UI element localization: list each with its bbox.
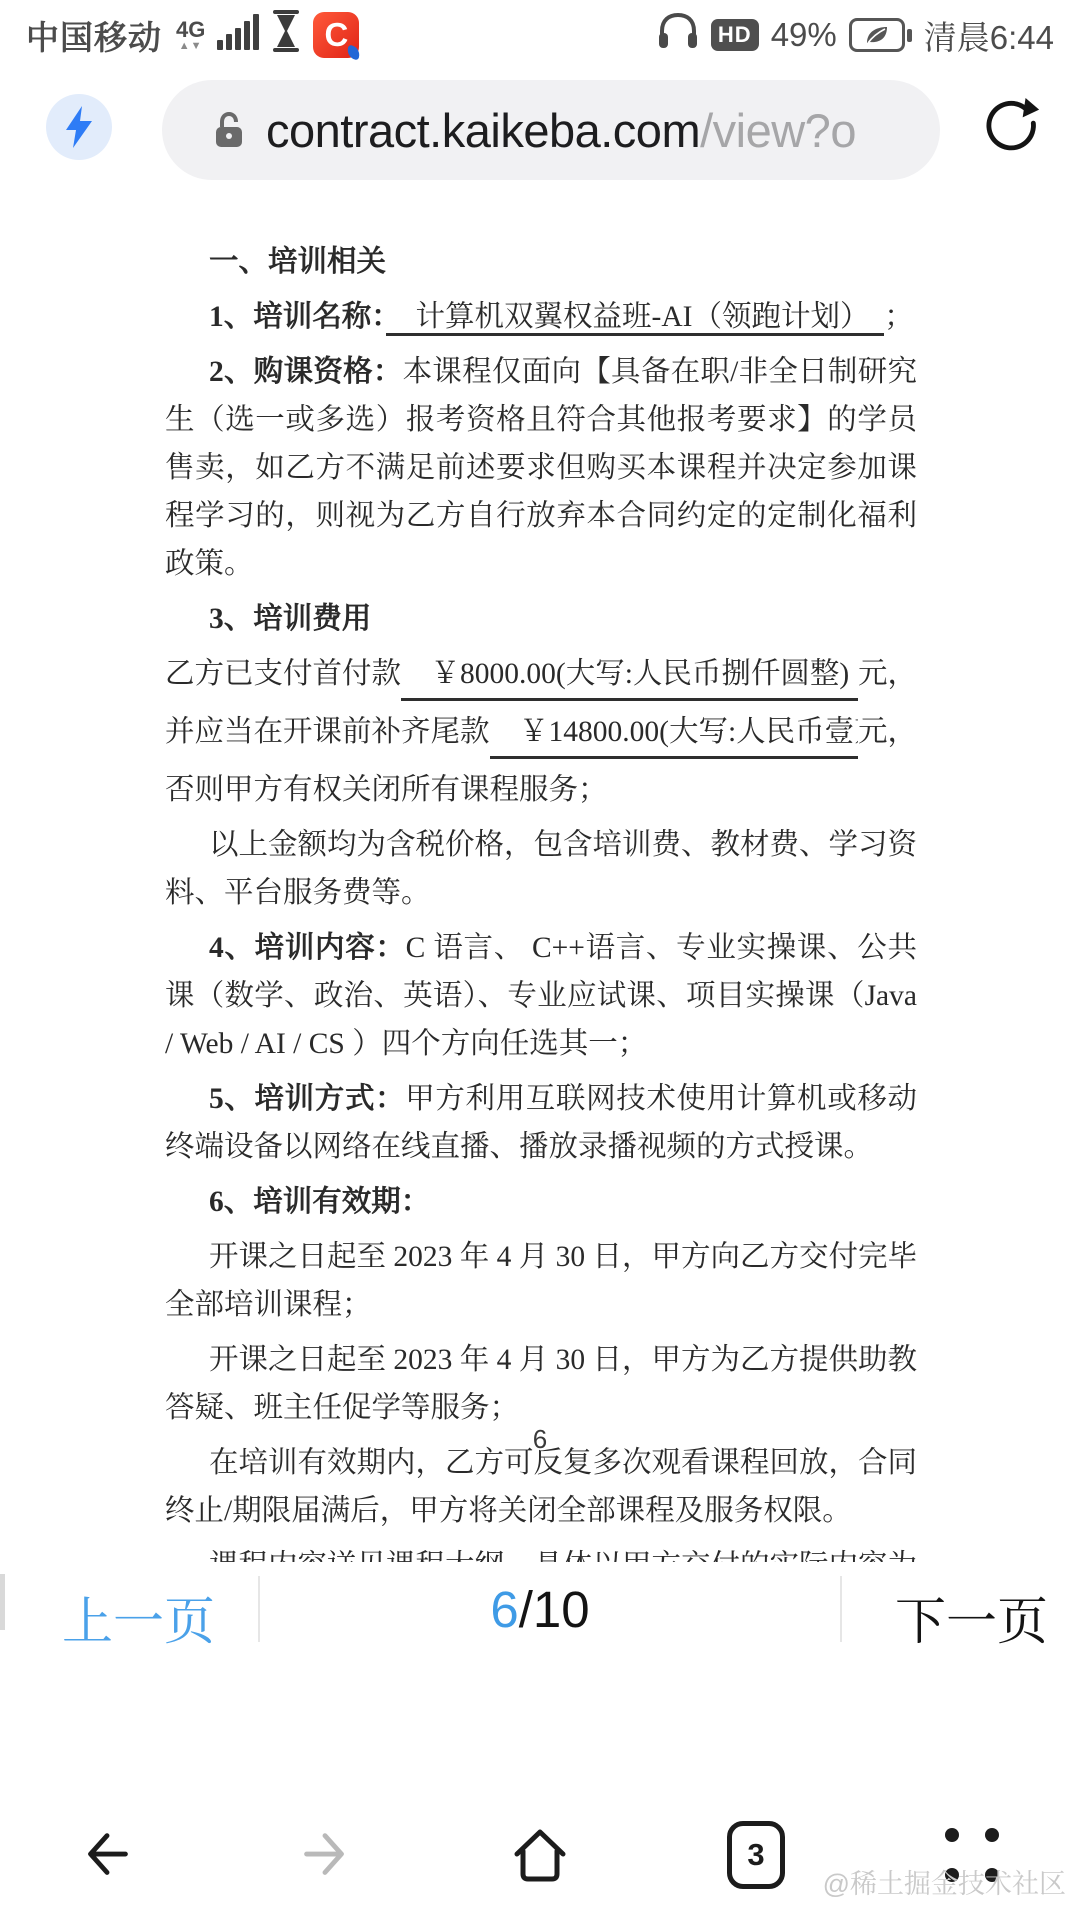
battery-leaf-icon xyxy=(849,18,912,52)
text-segment: 本课程仅面向【具备在职/非全日制研究生（选一或多选）报考资格且符合其他报考要求】… xyxy=(165,356,917,580)
refresh-icon xyxy=(981,96,1043,158)
lock-icon[interactable] xyxy=(214,111,244,149)
contract-paragraph: 一、培训相关 xyxy=(165,238,917,286)
next-page-button[interactable]: 下一页 xyxy=(895,1580,1048,1654)
contract-paragraph: 否则甲方有权关闭所有课程服务； xyxy=(165,766,917,814)
text-segment: 4、培训内容： xyxy=(209,932,406,964)
back-button[interactable] xyxy=(0,1790,216,1920)
clock-label: 清晨6:44 xyxy=(924,12,1054,59)
contract-paragraph: 1、培训名称： 计算机双翼权益班-AI（领跑计划） ； xyxy=(165,293,917,341)
text-segment: 元， xyxy=(858,650,917,698)
page-indicator: 6/10 xyxy=(490,1580,589,1639)
signal-icon xyxy=(217,12,259,58)
url-text: contract.kaikeba.com/view?o xyxy=(266,103,856,158)
text-segment: 6、培训有效期： xyxy=(209,1186,430,1218)
text-segment: 1、培训名称： xyxy=(209,301,386,333)
url-path: /view?o xyxy=(700,104,856,157)
document-page-number: 6 xyxy=(0,1424,1080,1455)
page-separator: / xyxy=(519,1581,533,1638)
edge-divider xyxy=(0,1574,5,1630)
home-icon xyxy=(507,1824,573,1886)
address-bar[interactable]: contract.kaikeba.com/view?o xyxy=(162,80,940,180)
hd-badge: HD xyxy=(711,19,759,51)
text-segment: ； xyxy=(884,301,914,333)
status-right-cluster: HD 49% 清晨6:44 xyxy=(657,11,1054,59)
network-type-icon: 4G ▲▼ xyxy=(176,19,205,52)
pagination-bar: 上一页 6/10 下一页 xyxy=(0,1562,1080,1666)
contract-paragraph: 5、培训方式：甲方利用互联网技术使用计算机或移动终端设备以网络在线直播、播放录播… xyxy=(165,1075,917,1171)
text-segment: 开课之日起至 2023 年 4 月 30 日，甲方为乙方提供助教答疑、班主任促学… xyxy=(165,1344,917,1424)
forward-button[interactable] xyxy=(216,1790,432,1920)
data-arrows-icon: ▲▼ xyxy=(179,41,203,52)
contract-paragraph: 并应当在开课前补齐尾款 ￥14800.00(大写:人民币壹万肆仟捌佰圆整)元， xyxy=(165,708,917,759)
home-button[interactable] xyxy=(432,1790,648,1920)
text-segment: 以上金额均为含税价格，包含培训费、教材费、学习资料、平台服务费等。 xyxy=(165,829,917,909)
headphones-icon xyxy=(657,11,699,59)
forward-icon xyxy=(293,1824,355,1886)
divider xyxy=(840,1576,842,1642)
contract-paragraph: 3、培训费用 xyxy=(165,595,917,643)
text-segment: 在培训有效期内，乙方可反复多次观看课程回放，合同终止/期限届满后，甲方将关闭全部… xyxy=(165,1447,917,1527)
tab-counter: 3 xyxy=(727,1821,785,1889)
text-segment: 开课之日起至 2023 年 4 月 30 日，甲方向乙方交付完毕全部培训课程； xyxy=(165,1241,917,1321)
text-segment: 5、培训方式： xyxy=(209,1083,405,1115)
back-icon xyxy=(77,1824,139,1886)
text-segment: 2、购课资格： xyxy=(209,356,403,388)
divider xyxy=(258,1576,260,1642)
contract-paragraph: 乙方已支付首付款 ￥8000.00(大写:人民币捌仟圆整)元， xyxy=(165,650,917,701)
contract-paragraph: 以上金额均为含税价格，包含培训费、教材费、学习资料、平台服务费等。 xyxy=(165,821,917,917)
contract-paragraph: 2、购课资格：本课程仅面向【具备在职/非全日制研究生（选一或多选）报考资格且符合… xyxy=(165,348,917,588)
text-segment: 一、培训相关 xyxy=(209,246,386,278)
refresh-button[interactable] xyxy=(981,96,1043,158)
total-pages: 10 xyxy=(533,1581,590,1638)
c-app-icon: C xyxy=(313,12,359,58)
contract-paragraph: 4、培训内容：C 语言、 C++语言、专业实操课、公共课（数学、政治、英语）、专… xyxy=(165,924,917,1068)
status-bar: 中国移动 4G ▲▼ C xyxy=(0,0,1080,64)
browser-toolbar: contract.kaikeba.com/view?o xyxy=(0,76,1080,194)
prev-page-button[interactable]: 上一页 xyxy=(62,1580,215,1654)
contract-paragraph: 开课之日起至 2023 年 4 月 30 日，甲方向乙方交付完毕全部培训课程； xyxy=(165,1233,917,1329)
text-segment: 计算机双翼权益班-AI（领跑计划） xyxy=(386,301,884,336)
text-segment: 3、培训费用 xyxy=(209,603,371,635)
url-host: contract.kaikeba.com xyxy=(266,104,700,157)
bolt-icon xyxy=(63,105,95,149)
status-left-cluster: 中国移动 4G ▲▼ C xyxy=(26,10,359,60)
current-page: 6 xyxy=(490,1581,518,1638)
contract-paragraph: 开课之日起至 2023 年 4 月 30 日，甲方为乙方提供助教答疑、班主任促学… xyxy=(165,1336,917,1432)
text-segment: 并应当在开课前补齐尾款 xyxy=(165,708,490,756)
browser-screen: 中国移动 4G ▲▼ C xyxy=(0,0,1080,1920)
quick-access-button[interactable] xyxy=(46,94,112,160)
hourglass-icon xyxy=(271,10,301,60)
text-segment: 否则甲方有权关闭所有课程服务； xyxy=(165,774,608,806)
text-segment: 乙方已支付首付款 xyxy=(165,650,401,698)
text-segment: 元， xyxy=(858,708,917,756)
text-segment: ￥14800.00(大写:人民币壹万肆仟捌佰圆整) xyxy=(490,708,858,759)
contract-paragraph: 6、培训有效期： xyxy=(165,1178,917,1226)
carrier-label: 中国移动 xyxy=(26,12,162,59)
text-segment: ￥8000.00(大写:人民币捌仟圆整) xyxy=(401,650,858,701)
watermark: @稀土掘金技术社区 xyxy=(823,1862,1066,1901)
battery-percent: 49% xyxy=(771,16,837,54)
